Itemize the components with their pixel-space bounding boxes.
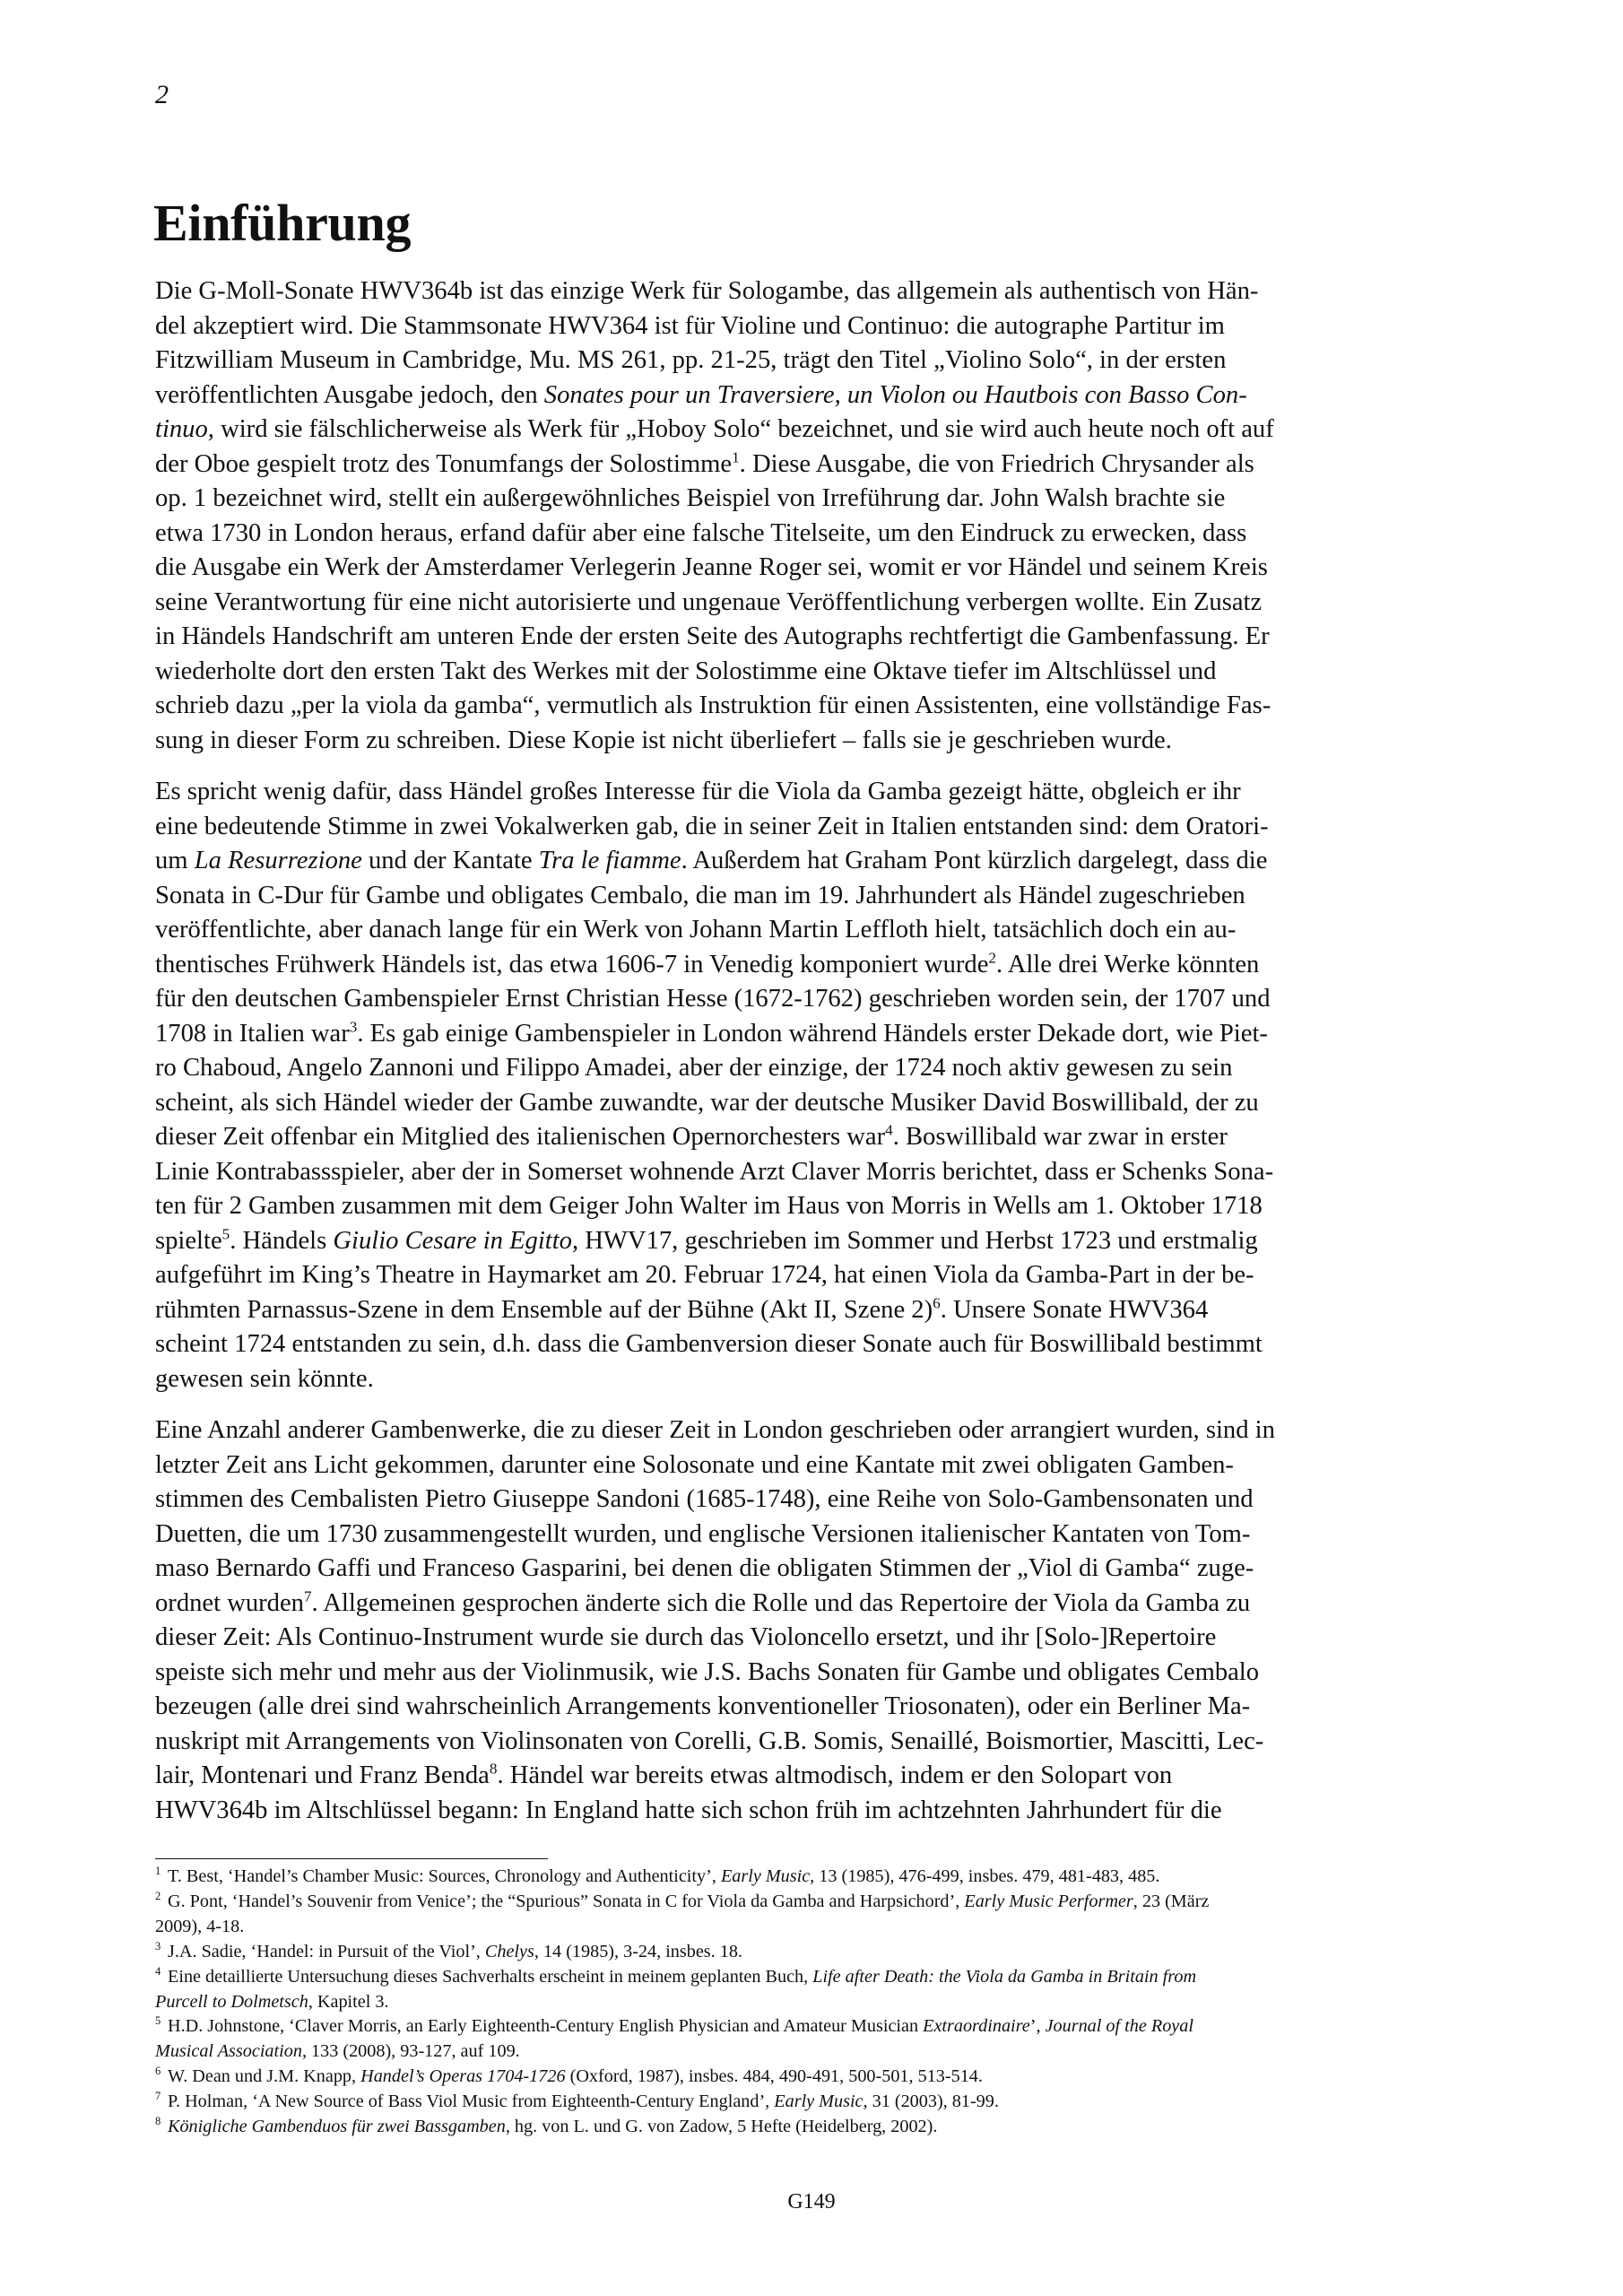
footnote-line: 8Königliche Gambenduos für zwei Bassgamb… (155, 2115, 1482, 2140)
text-run: spielte (155, 1227, 222, 1255)
footnote-line: Musical Association, 133 (2008), 93-127,… (155, 2039, 1482, 2065)
italic-title: Chelys (485, 1942, 534, 1961)
text-run: (Oxford, 1987), insbes. 484, 490-491, 50… (566, 2066, 983, 2086)
italic-title: Extraordinaire (923, 2016, 1030, 2036)
italic-title: Purcell to Dolmetsch (155, 1992, 308, 2012)
text-run: G. Pont, ‘Handel’s Souvenir from Venice’… (168, 1892, 964, 1911)
text-line: ordnet wurden7. Allgemeinen gesprochen ä… (155, 1587, 1482, 1622)
footnote-line: 5H.D. Johnstone, ‘Claver Morris, an Earl… (155, 2014, 1482, 2039)
text-run: . Boswillibald war zwar in erster (893, 1123, 1228, 1151)
text-run: 1708 in Italien war (155, 1020, 350, 1048)
footnote-reference[interactable]: 4 (885, 1121, 893, 1138)
italic-title: Early Music Performer (964, 1892, 1133, 1911)
text-line: Duetten, die um 1730 zusammengestellt wu… (155, 1518, 1482, 1552)
text-run: T. Best, ‘Handel’s Chamber Music: Source… (168, 1866, 721, 1886)
footnote-item: 1T. Best, ‘Handel’s Chamber Music: Sourc… (155, 1865, 1482, 1890)
text-run: maso Bernardo Gaffi und Franceso Gaspari… (155, 1554, 1254, 1582)
text-run: , 13 (1985), 476-499, insbes. 479, 481-4… (810, 1866, 1159, 1886)
text-run: , 23 (März (1133, 1892, 1210, 1911)
text-run: für den deutschen Gambenspieler Ernst Ch… (155, 985, 1271, 1013)
italic-title: Tra le fiamme (539, 847, 681, 874)
text-run: . Allgemeinen gesprochen änderte sich di… (312, 1589, 1251, 1617)
text-line: rühmten Parnassus-Szene in dem Ensemble … (155, 1293, 1482, 1328)
italic-title: Musical Association (155, 2041, 302, 2061)
text-run: Fitzwilliam Museum in Cambridge, Mu. MS … (155, 346, 1226, 374)
text-run: veröffentlichte, aber danach lange für e… (155, 916, 1236, 944)
text-line: Eine Anzahl anderer Gambenwerke, die zu … (155, 1413, 1482, 1448)
text-run: Es spricht wenig dafür, dass Händel groß… (155, 778, 1241, 805)
text-line: ro Chaboud, Angelo Zannoni und Filippo A… (155, 1051, 1482, 1086)
text-run: sung in dieser Form zu schreiben. Diese … (155, 726, 1172, 754)
text-line: lair, Montenari und Franz Benda8. Händel… (155, 1759, 1482, 1794)
text-line: schrieb dazu „per la viola da gamba“, ve… (155, 689, 1482, 724)
text-line: stimmen des Cembalisten Pietro Giuseppe … (155, 1483, 1482, 1518)
text-line: letzter Zeit ans Licht gekommen, darunte… (155, 1448, 1482, 1483)
text-run: ’, (1030, 2016, 1046, 2036)
text-line: nuskript mit Arrangements von Violinsona… (155, 1725, 1482, 1760)
text-line: veröffentlichte, aber danach lange für e… (155, 913, 1482, 948)
text-line: die Ausgabe ein Werk der Amsterdamer Ver… (155, 551, 1482, 586)
footnotes: 1T. Best, ‘Handel’s Chamber Music: Sourc… (155, 1865, 1482, 2140)
text-line: aufgeführt im King’s Theatre in Haymarke… (155, 1258, 1482, 1293)
text-run: ro Chaboud, Angelo Zannoni und Filippo A… (155, 1054, 1232, 1082)
italic-title: Early Music (721, 1866, 810, 1886)
italic-title: Giulio Cesare in Egitto (333, 1227, 572, 1255)
text-run: dieser Zeit: Als Continuo-Instrument wur… (155, 1623, 1216, 1651)
text-line: für den deutschen Gambenspieler Ernst Ch… (155, 982, 1482, 1017)
section-heading: Einführung (153, 192, 411, 255)
text-line: op. 1 bezeichnet wird, stellt ein außerg… (155, 482, 1482, 517)
italic-title: tinuo (155, 415, 208, 443)
text-run: HWV364b im Altschlüssel begann: In Engla… (155, 1796, 1222, 1824)
footnote-reference[interactable]: 1 (732, 448, 740, 465)
footnote-line: 1T. Best, ‘Handel’s Chamber Music: Sourc… (155, 1865, 1482, 1890)
text-run: um (155, 847, 195, 874)
text-run: seine Verantwortung für eine nicht autor… (155, 588, 1262, 616)
footnote-line: 2G. Pont, ‘Handel’s Souvenir from Venice… (155, 1890, 1482, 1915)
text-run: op. 1 bezeichnet wird, stellt ein außerg… (155, 484, 1225, 512)
footnote-line: 3J.A. Sadie, ‘Handel: in Pursuit of the … (155, 1940, 1482, 1965)
text-run: eine bedeutende Stimme in zwei Vokalwerk… (155, 813, 1269, 840)
text-line: eine bedeutende Stimme in zwei Vokalwerk… (155, 810, 1482, 845)
text-line: thentisches Frühwerk Händels ist, das et… (155, 948, 1482, 983)
text-run: . Händels (230, 1227, 333, 1255)
text-run: Sonata in C-Dur für Gambe und obligates … (155, 882, 1245, 909)
footnote-reference[interactable]: 2 (988, 949, 996, 966)
paragraph: Es spricht wenig dafür, dass Händel groß… (155, 775, 1482, 1396)
footnote-item: 2G. Pont, ‘Handel’s Souvenir from Venice… (155, 1890, 1482, 1940)
text-run: Eine Anzahl anderer Gambenwerke, die zu … (155, 1416, 1275, 1444)
italic-title: Handel’s Operas 1704-1726 (360, 2066, 565, 2086)
text-line: Die G-Moll-Sonate HWV364b ist das einzig… (155, 274, 1482, 309)
text-run: . Außerdem hat Graham Pont kürzlich darg… (681, 847, 1268, 874)
text-run: . Diese Ausgabe, die von Friedrich Chrys… (740, 450, 1254, 478)
text-run: Duetten, die um 1730 zusammengestellt wu… (155, 1520, 1250, 1548)
text-run: lair, Montenari und Franz Benda (155, 1761, 490, 1789)
text-line: wiederholte dort den ersten Takt des Wer… (155, 655, 1482, 690)
text-run: , 133 (2008), 93-127, auf 109. (302, 2041, 520, 2061)
text-run: ten für 2 Gamben zusammen mit dem Geiger… (155, 1192, 1263, 1220)
text-run: W. Dean und J.M. Knapp, (168, 2066, 360, 2086)
text-run: schrieb dazu „per la viola da gamba“, ve… (155, 691, 1271, 719)
text-run: nuskript mit Arrangements von Violinsona… (155, 1727, 1263, 1755)
text-run: 2009), 4-18. (155, 1917, 244, 1936)
footnote-reference[interactable]: 5 (222, 1225, 230, 1242)
text-run: speiste sich mehr und mehr aus der Violi… (155, 1658, 1259, 1686)
text-run: etwa 1730 in London heraus, erfand dafür… (155, 519, 1246, 547)
text-run: letzter Zeit ans Licht gekommen, darunte… (155, 1451, 1234, 1479)
footnote-item: 5H.D. Johnstone, ‘Claver Morris, an Earl… (155, 2014, 1482, 2065)
paragraph: Die G-Moll-Sonate HWV364b ist das einzig… (155, 274, 1482, 758)
footnote-reference[interactable]: 6 (933, 1294, 941, 1311)
text-line: tinuo, wird sie fälschlicherweise als We… (155, 413, 1482, 448)
text-run: der Oboe gespielt trotz des Tonumfangs d… (155, 450, 732, 478)
text-line: 1708 in Italien war3. Es gab einige Gamb… (155, 1017, 1482, 1052)
text-line: speiste sich mehr und mehr aus der Violi… (155, 1656, 1482, 1691)
italic-title: Sonates pour un Traversiere, un Violon o… (544, 381, 1247, 409)
italic-title: Journal of the Royal (1046, 2016, 1193, 2036)
footnote-item: 3J.A. Sadie, ‘Handel: in Pursuit of the … (155, 1940, 1482, 1965)
footnote-item: 6W. Dean und J.M. Knapp, Handel’s Operas… (155, 2065, 1482, 2090)
text-run: Die G-Moll-Sonate HWV364b ist das einzig… (155, 277, 1258, 305)
text-line: maso Bernardo Gaffi und Franceso Gaspari… (155, 1552, 1482, 1587)
text-line: scheint, als sich Händel wieder der Gamb… (155, 1086, 1482, 1121)
text-run: , Kapitel 3. (308, 1992, 389, 2012)
text-line: in Händels Handschrift am unteren Ende d… (155, 620, 1482, 655)
text-run: veröffentlichten Ausgabe jedoch, den (155, 381, 544, 409)
text-line: spielte5. Händels Giulio Cesare in Egitt… (155, 1224, 1482, 1259)
text-run: , wird sie fälschlicherweise als Werk fü… (208, 415, 1274, 443)
text-run: H.D. Johnstone, ‘Claver Morris, an Early… (168, 2016, 923, 2036)
italic-title: Early Music (774, 2092, 863, 2111)
text-run: . Unsere Sonate HWV364 (941, 1296, 1209, 1324)
text-run: . Alle drei Werke könnten (996, 951, 1259, 978)
text-run: die Ausgabe ein Werk der Amsterdamer Ver… (155, 553, 1268, 581)
text-line: um La Resurrezione und der Kantate Tra l… (155, 844, 1482, 879)
text-line: sung in dieser Form zu schreiben. Diese … (155, 724, 1482, 759)
italic-title: Königliche Gambenduos für zwei Bassgambe… (168, 2117, 506, 2136)
text-run: bezeugen (alle drei sind wahrscheinlich … (155, 1692, 1250, 1720)
text-line: Linie Kontrabassspieler, aber der in Som… (155, 1155, 1482, 1190)
italic-title: La Resurrezione (195, 847, 362, 874)
text-line: dieser Zeit offenbar ein Mitglied des it… (155, 1120, 1482, 1155)
text-run: scheint 1724 entstanden zu sein, d.h. da… (155, 1330, 1263, 1358)
text-run: dieser Zeit offenbar ein Mitglied des it… (155, 1123, 885, 1151)
text-run: ordnet wurden (155, 1589, 304, 1617)
text-line: etwa 1730 in London heraus, erfand dafür… (155, 517, 1482, 552)
text-line: Es spricht wenig dafür, dass Händel groß… (155, 775, 1482, 810)
text-run: scheint, als sich Händel wieder der Gamb… (155, 1089, 1259, 1117)
text-line: del akzeptiert wird. Die Stammsonate HWV… (155, 309, 1482, 344)
text-run: in Händels Handschrift am unteren Ende d… (155, 622, 1270, 650)
text-run: Eine detaillierte Untersuchung dieses Sa… (168, 1967, 812, 1987)
text-run: Linie Kontrabassspieler, aber der in Som… (155, 1158, 1273, 1186)
text-line: veröffentlichten Ausgabe jedoch, den Son… (155, 378, 1482, 413)
text-line: Fitzwilliam Museum in Cambridge, Mu. MS … (155, 344, 1482, 378)
footnote-line: 2009), 4-18. (155, 1915, 1482, 1940)
text-line: HWV364b im Altschlüssel begann: In Engla… (155, 1794, 1482, 1829)
text-run: . Händel war bereits etwas altmodisch, i… (497, 1761, 1172, 1789)
footnote-item: 4Eine detaillierte Untersuchung dieses S… (155, 1965, 1482, 2015)
page-number: 2 (155, 79, 169, 111)
text-run: . Es gab einige Gambenspieler in London … (357, 1020, 1268, 1048)
footnote-separator (155, 1858, 548, 1859)
text-run: , 14 (1985), 3-24, insbes. 18. (534, 1942, 742, 1961)
text-run: del akzeptiert wird. Die Stammsonate HWV… (155, 312, 1225, 340)
text-run: rühmten Parnassus-Szene in dem Ensemble … (155, 1296, 933, 1324)
footnote-line: 7P. Holman, ‘A New Source of Bass Viol M… (155, 2090, 1482, 2115)
text-run: , HWV17, geschrieben im Sommer und Herbs… (572, 1227, 1258, 1255)
paragraph: Eine Anzahl anderer Gambenwerke, die zu … (155, 1413, 1482, 1828)
footnote-reference[interactable]: 7 (304, 1587, 312, 1605)
footnote-item: 8Königliche Gambenduos für zwei Bassgamb… (155, 2115, 1482, 2140)
text-line: ten für 2 Gamben zusammen mit dem Geiger… (155, 1189, 1482, 1224)
italic-title: Life after Death: the Viola da Gamba in … (812, 1967, 1196, 1987)
text-line: Sonata in C-Dur für Gambe und obligates … (155, 879, 1482, 914)
text-run: wiederholte dort den ersten Takt des Wer… (155, 657, 1216, 685)
text-run: , 31 (2003), 81-99. (864, 2092, 999, 2111)
text-line: seine Verantwortung für eine nicht autor… (155, 586, 1482, 621)
footnote-item: 7P. Holman, ‘A New Source of Bass Viol M… (155, 2090, 1482, 2115)
text-run: und der Kantate (362, 847, 539, 874)
text-run: thentisches Frühwerk Händels ist, das et… (155, 951, 988, 978)
text-line: gewesen sein könnte. (155, 1362, 1482, 1397)
text-line: dieser Zeit: Als Continuo-Instrument wur… (155, 1621, 1482, 1656)
footnote-line: 4Eine detaillierte Untersuchung dieses S… (155, 1965, 1482, 1990)
footnote-line: 6W. Dean und J.M. Knapp, Handel’s Operas… (155, 2065, 1482, 2090)
footnote-line: Purcell to Dolmetsch, Kapitel 3. (155, 1990, 1482, 2015)
text-line: bezeugen (alle drei sind wahrscheinlich … (155, 1690, 1482, 1725)
text-run: J.A. Sadie, ‘Handel: in Pursuit of the V… (168, 1942, 485, 1961)
text-run: aufgeführt im King’s Theatre in Haymarke… (155, 1261, 1254, 1289)
text-run: P. Holman, ‘A New Source of Bass Viol Mu… (168, 2092, 774, 2111)
text-line: der Oboe gespielt trotz des Tonumfangs d… (155, 448, 1482, 483)
text-run: , hg. von L. und G. von Zadow, 5 Hefte (… (506, 2117, 938, 2136)
body-text: Die G-Moll-Sonate HWV364b ist das einzig… (155, 274, 1482, 1845)
folio-page-id: G149 (0, 2188, 1623, 2215)
text-line: scheint 1724 entstanden zu sein, d.h. da… (155, 1327, 1482, 1362)
text-run: gewesen sein könnte. (155, 1365, 374, 1393)
text-run: stimmen des Cembalisten Pietro Giuseppe … (155, 1485, 1254, 1513)
